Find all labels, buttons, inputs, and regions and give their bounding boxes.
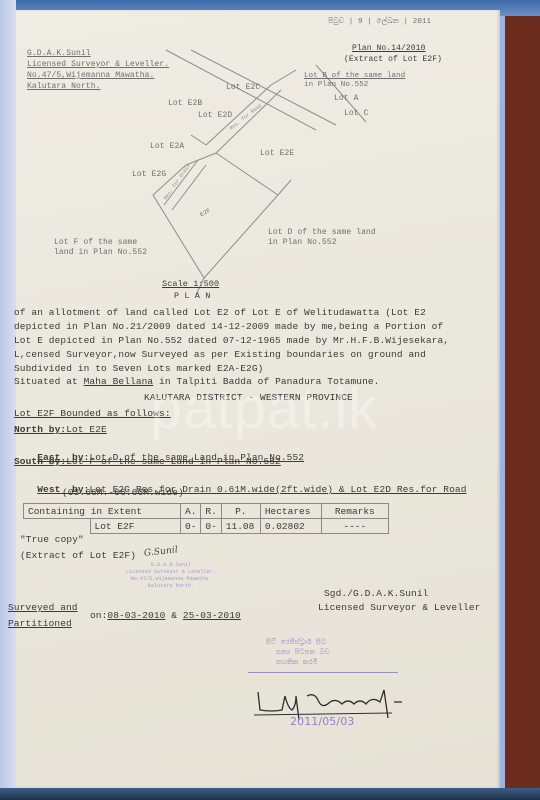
plan-heading: P L A N [174, 290, 210, 302]
lot-e2b-label: Lot E2B [168, 98, 202, 110]
road-label: Res. for Road [229, 103, 263, 132]
surveyor-address-block: G.D.A.K.Sunil Licensed Surveyor & Levell… [27, 48, 169, 92]
surveyor-name: G.D.A.K.Sunil [27, 48, 169, 59]
watermark: patpat.lk [150, 375, 378, 442]
description-line-1: of an allotment of land called Lot E2 of… [14, 306, 449, 320]
registry-stamp-line-1: සිට් රෙජිස්ට්‍රාර් සිට [266, 638, 330, 648]
lot-f-note: Lot F of the same land in Plan No.552 [54, 238, 147, 258]
extract-label: (Extract of Lot E2F) [20, 550, 136, 562]
lot-e2a-label: Lot E2A [150, 141, 184, 153]
lot-e2d-label: Lot E2D [198, 110, 232, 122]
surveyor-rubber-stamp: G.D.A.K.Sunil Licensed Surveyor & Levell… [116, 562, 226, 590]
scale-label: Scale 1:500 [162, 278, 219, 290]
lot-b-note: Lot B of the same land in Plan No.552 [304, 72, 405, 90]
registry-date-stamp: 2011/05/03 [254, 716, 354, 730]
cell-hectares: 0.02802 [260, 519, 321, 534]
signed-by: Sgd./G.D.A.K.Sunil [324, 588, 428, 600]
surveyor-street: No.47/5,Wijemanna Mawatha. [27, 70, 169, 81]
page-stamp-number: පිටුව | 9 | ලේඛන | 2011 [328, 16, 431, 28]
description-line-2: depicted in Plan No.21/2009 dated 14-12-… [14, 320, 449, 334]
bound-south: South by:Lot F of the same Land in Plan … [14, 456, 281, 468]
situated-prefix: Situated at [14, 376, 84, 387]
header-hectares: Hectares [260, 504, 321, 519]
stamp-line-2: Licensed Surveyor & Leveller. [116, 569, 226, 576]
lot-d-note: Lot D of the same land in Plan No.552 [268, 228, 376, 248]
cell-lot: Lot E2F [90, 519, 181, 534]
registry-date: 2011/05/03 [254, 715, 354, 728]
dates-prefix: on: [90, 610, 107, 621]
extent-table-header: Containing in Extent A. R. P. Hectares R… [24, 504, 389, 519]
registry-stamp-line-3: සහතික කරමි [266, 658, 330, 668]
plan-description: of an allotment of land called Lot E2 of… [14, 306, 449, 376]
stamp-line-4: Kalutara North. [116, 583, 226, 590]
handwritten-initial: G.Sunil [143, 544, 178, 559]
header-remarks: Remarks [321, 504, 388, 519]
dates-separator: & [165, 610, 182, 621]
partitioned-label: Partitioned [8, 618, 72, 630]
situated-place: Maha Bellana [84, 376, 154, 387]
plan-extract-of: (Extract of Lot E2F) [344, 54, 442, 66]
lot-d-note-line1: Lot D of the same land [268, 228, 376, 238]
header-roods: R. [201, 504, 221, 519]
description-line-3: Lot E depicted in Plan No.552 dated 07-1… [14, 334, 449, 348]
bound-north-text: Lot E2E [66, 424, 107, 435]
lot-e2g-label: Lot E2G [132, 169, 166, 181]
stamp-rule [248, 672, 398, 673]
header-acres: A. [181, 504, 201, 519]
lot-a-label: Lot A [334, 93, 359, 105]
description-line-4: L,censed Surveyor,now Surveyed as per Ex… [14, 348, 449, 362]
bound-north-dir: North by: [14, 424, 66, 435]
lot-b-note-line1: Lot B of the same land [304, 72, 405, 81]
folder-bottom-edge [0, 788, 540, 800]
cell-remarks: ---- [321, 519, 388, 534]
bounded-heading: Lot E2F Bounded as follows: [14, 408, 171, 420]
lot-d-note-line2: in Plan No.552 [268, 238, 376, 248]
description-line-5: Subdivided in to Seven Lots marked E2A-E… [14, 362, 449, 376]
survey-dates: on:08-03-2010 & 25-03-2010 [90, 610, 241, 622]
surveyed-label: Surveyed and [8, 602, 78, 614]
row-indent [24, 519, 91, 534]
stamp-line-3: No.47/5,Wijemanna Mawatha. [116, 576, 226, 583]
lot-e2c-label: Lot E2C [226, 82, 260, 94]
signed-title: Licensed Surveyor & Leveller [318, 602, 480, 614]
registry-stamp: සිට් රෙජිස්ට්‍රාර් සිට සත්‍ය පිටපත බව සහ… [266, 638, 330, 668]
folder-left-edge [0, 0, 16, 800]
cell-perches: 11.08 [221, 519, 260, 534]
west-continuation: (03.66M.-06.66M.wide) [62, 487, 184, 499]
surveyor-title: Licensed Surveyor & Leveller. [27, 59, 169, 70]
lot-f-note-line1: Lot F of the same [54, 238, 147, 248]
header-containing: Containing in Extent [24, 504, 181, 519]
survey-date-1: 08-03-2010 [107, 610, 165, 621]
lot-f-note-line2: land in Plan No.552 [54, 248, 147, 258]
lot-c-label: Lot C [344, 108, 369, 120]
cell-acres: 0- [181, 519, 201, 534]
lot-e2e-label: Lot E2E [260, 148, 294, 160]
stamp-line-1: G.D.A.K.Sunil [116, 562, 226, 569]
table-row: Lot E2F 0- 0- 11.08 0.02802 ---- [24, 519, 389, 534]
bound-south-dir: South by: [14, 456, 66, 467]
bound-north: North by:Lot E2E [14, 424, 107, 436]
lot-b-note-line2: in Plan No.552 [304, 81, 405, 90]
true-copy-label: "True copy" [20, 534, 84, 546]
registry-stamp-line-2: සත්‍ය පිටපත බව [266, 648, 330, 658]
bound-south-text: Lot F of the same Land in Plan No.552 [66, 456, 281, 467]
extent-table: Containing in Extent A. R. P. Hectares R… [23, 503, 389, 534]
cell-roods: 0- [201, 519, 221, 534]
header-perches: P. [221, 504, 260, 519]
survey-date-2: 25-03-2010 [183, 610, 241, 621]
surveyor-town: Kalutara North. [27, 81, 169, 92]
